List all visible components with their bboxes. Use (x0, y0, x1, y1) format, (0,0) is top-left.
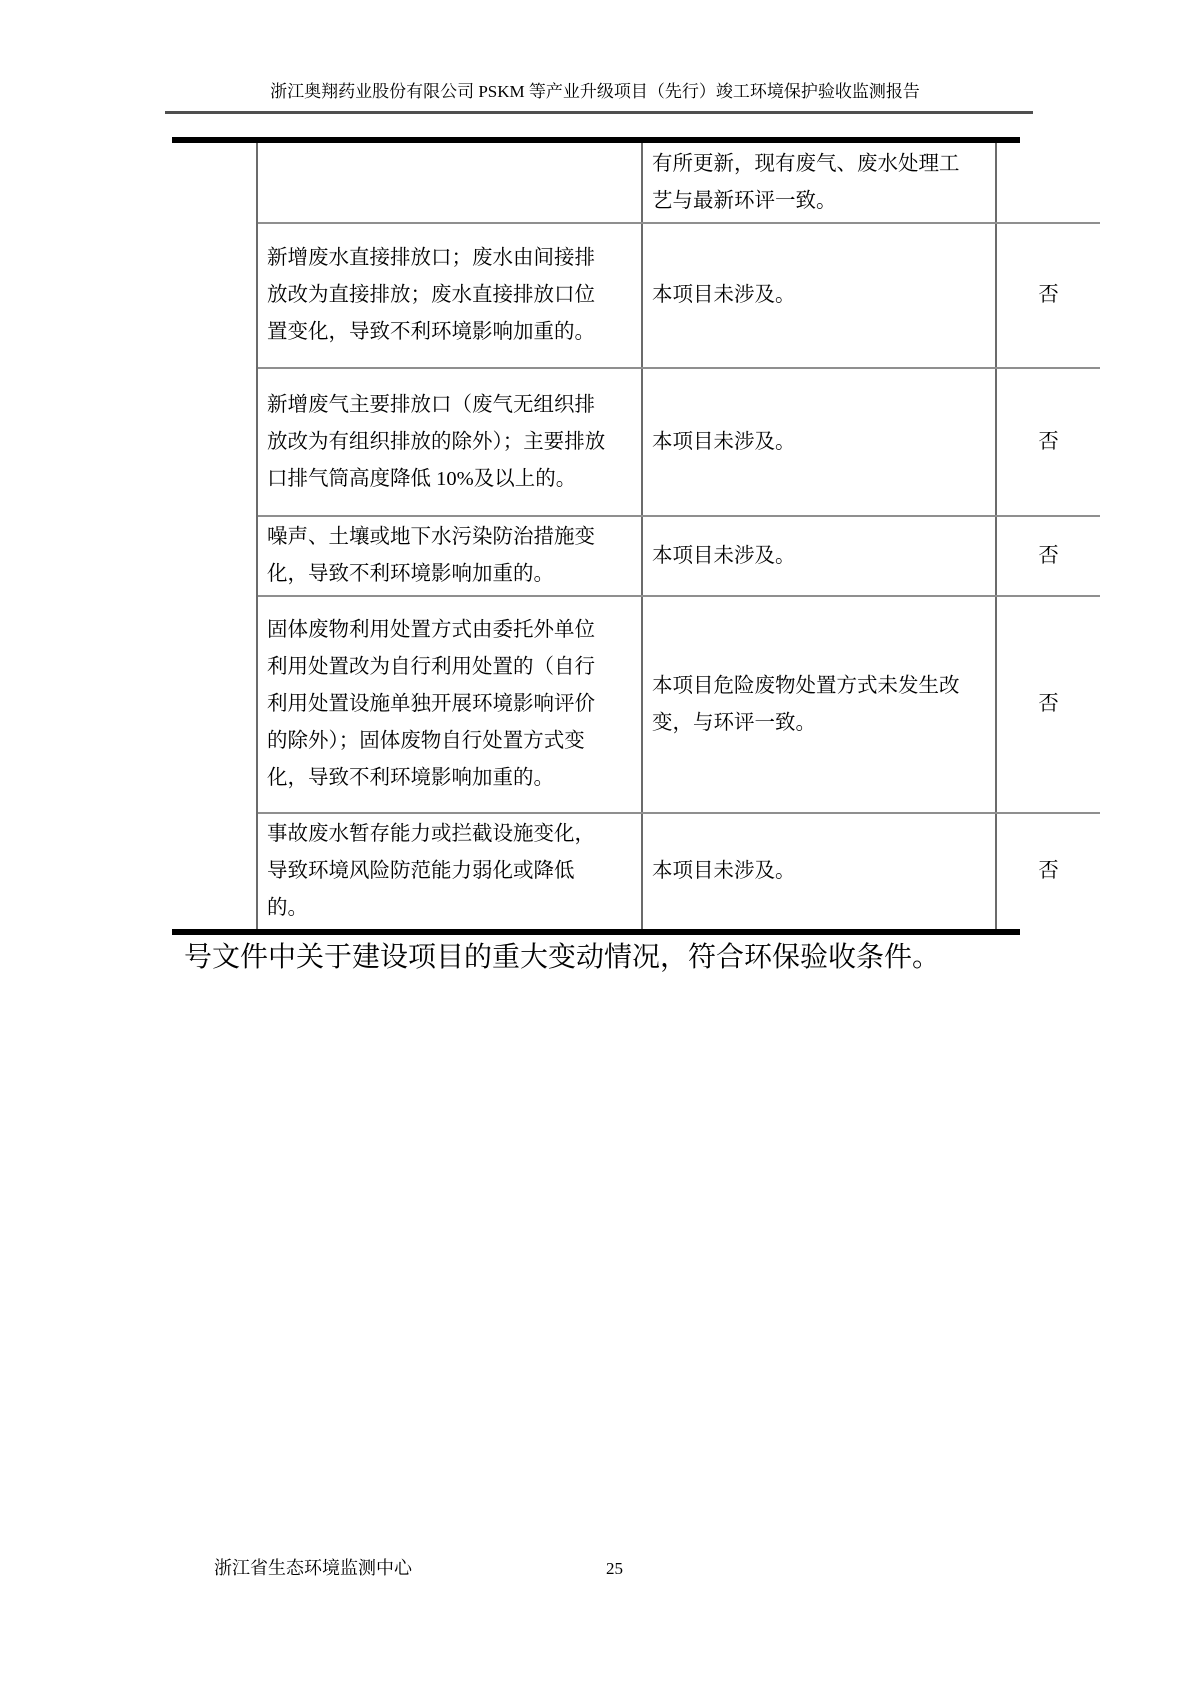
table-cell-condition: 事故废水暂存能力或拦截设施变化，导致环境风险防范能力弱化或降低的。 (257, 813, 642, 929)
table-cell-major-change (996, 143, 1100, 223)
body-paragraph: 号文件中关于建设项目的重大变动情况，符合环保验收条件。 (184, 936, 940, 980)
table-cell-condition: 新增废气主要排放口（废气无组织排放改为有组织排放的除外）；主要排放口排气筒高度降… (257, 368, 642, 516)
page-header-title: 浙江奥翔药业股份有限公司 PSKM 等产业升级项目（先行）竣工环境保护验收监测报… (0, 80, 1190, 104)
table-row: 有所更新，现有废气、废水处理工艺与最新环评一致。 (172, 143, 1100, 223)
table-cell-major-change: 否 (996, 813, 1100, 929)
change-table: 有所更新，现有废气、废水处理工艺与最新环评一致。 新增废水直接排放口；废水由间接… (172, 143, 1100, 929)
table-cell-status: 本项目未涉及。 (642, 368, 996, 516)
table-cell-status: 本项目未涉及。 (642, 223, 996, 368)
table-row: 新增废水直接排放口；废水由间接排放改为直接排放；废水直接排放口位置变化，导致不利… (172, 223, 1100, 368)
table-cell-major-change: 否 (996, 596, 1100, 813)
table-row: 固体废物利用处置方式由委托外单位利用处置改为自行利用处置的（自行利用处置设施单独… (172, 596, 1100, 813)
table-row: 噪声、土壤或地下水污染防治措施变化，导致不利环境影响加重的。 本项目未涉及。 否 (172, 516, 1100, 596)
document-page: 浙江奥翔药业股份有限公司 PSKM 等产业升级项目（先行）竣工环境保护验收监测报… (0, 0, 1190, 1683)
table-cell-status: 有所更新，现有废气、废水处理工艺与最新环评一致。 (642, 143, 996, 223)
table-cell-condition: 新增废水直接排放口；废水由间接排放改为直接排放；废水直接排放口位置变化，导致不利… (257, 223, 642, 368)
major-change-table: 有所更新，现有废气、废水处理工艺与最新环评一致。 新增废水直接排放口；废水由间接… (172, 137, 1020, 935)
table-cell-condition: 噪声、土壤或地下水污染防治措施变化，导致不利环境影响加重的。 (257, 516, 642, 596)
table-cell-condition (257, 143, 642, 223)
table-cell-major-change: 否 (996, 516, 1100, 596)
table-cell-status: 本项目未涉及。 (642, 813, 996, 929)
table-cell-major-change: 否 (996, 223, 1100, 368)
table-row: 事故废水暂存能力或拦截设施变化，导致环境风险防范能力弱化或降低的。 本项目未涉及… (172, 813, 1100, 929)
table-cell-category-empty (172, 143, 257, 929)
table-cell-condition: 固体废物利用处置方式由委托外单位利用处置改为自行利用处置的（自行利用处置设施单独… (257, 596, 642, 813)
footer-page-number: 25 (606, 1557, 623, 1581)
table-cell-status: 本项目未涉及。 (642, 516, 996, 596)
table-cell-status: 本项目危险废物处置方式未发生改变，与环评一致。 (642, 596, 996, 813)
table-cell-major-change: 否 (996, 368, 1100, 516)
table-row: 新增废气主要排放口（废气无组织排放改为有组织排放的除外）；主要排放口排气筒高度降… (172, 368, 1100, 516)
header-rule (165, 111, 1033, 114)
footer-organization: 浙江省生态环境监测中心 (214, 1556, 412, 1580)
